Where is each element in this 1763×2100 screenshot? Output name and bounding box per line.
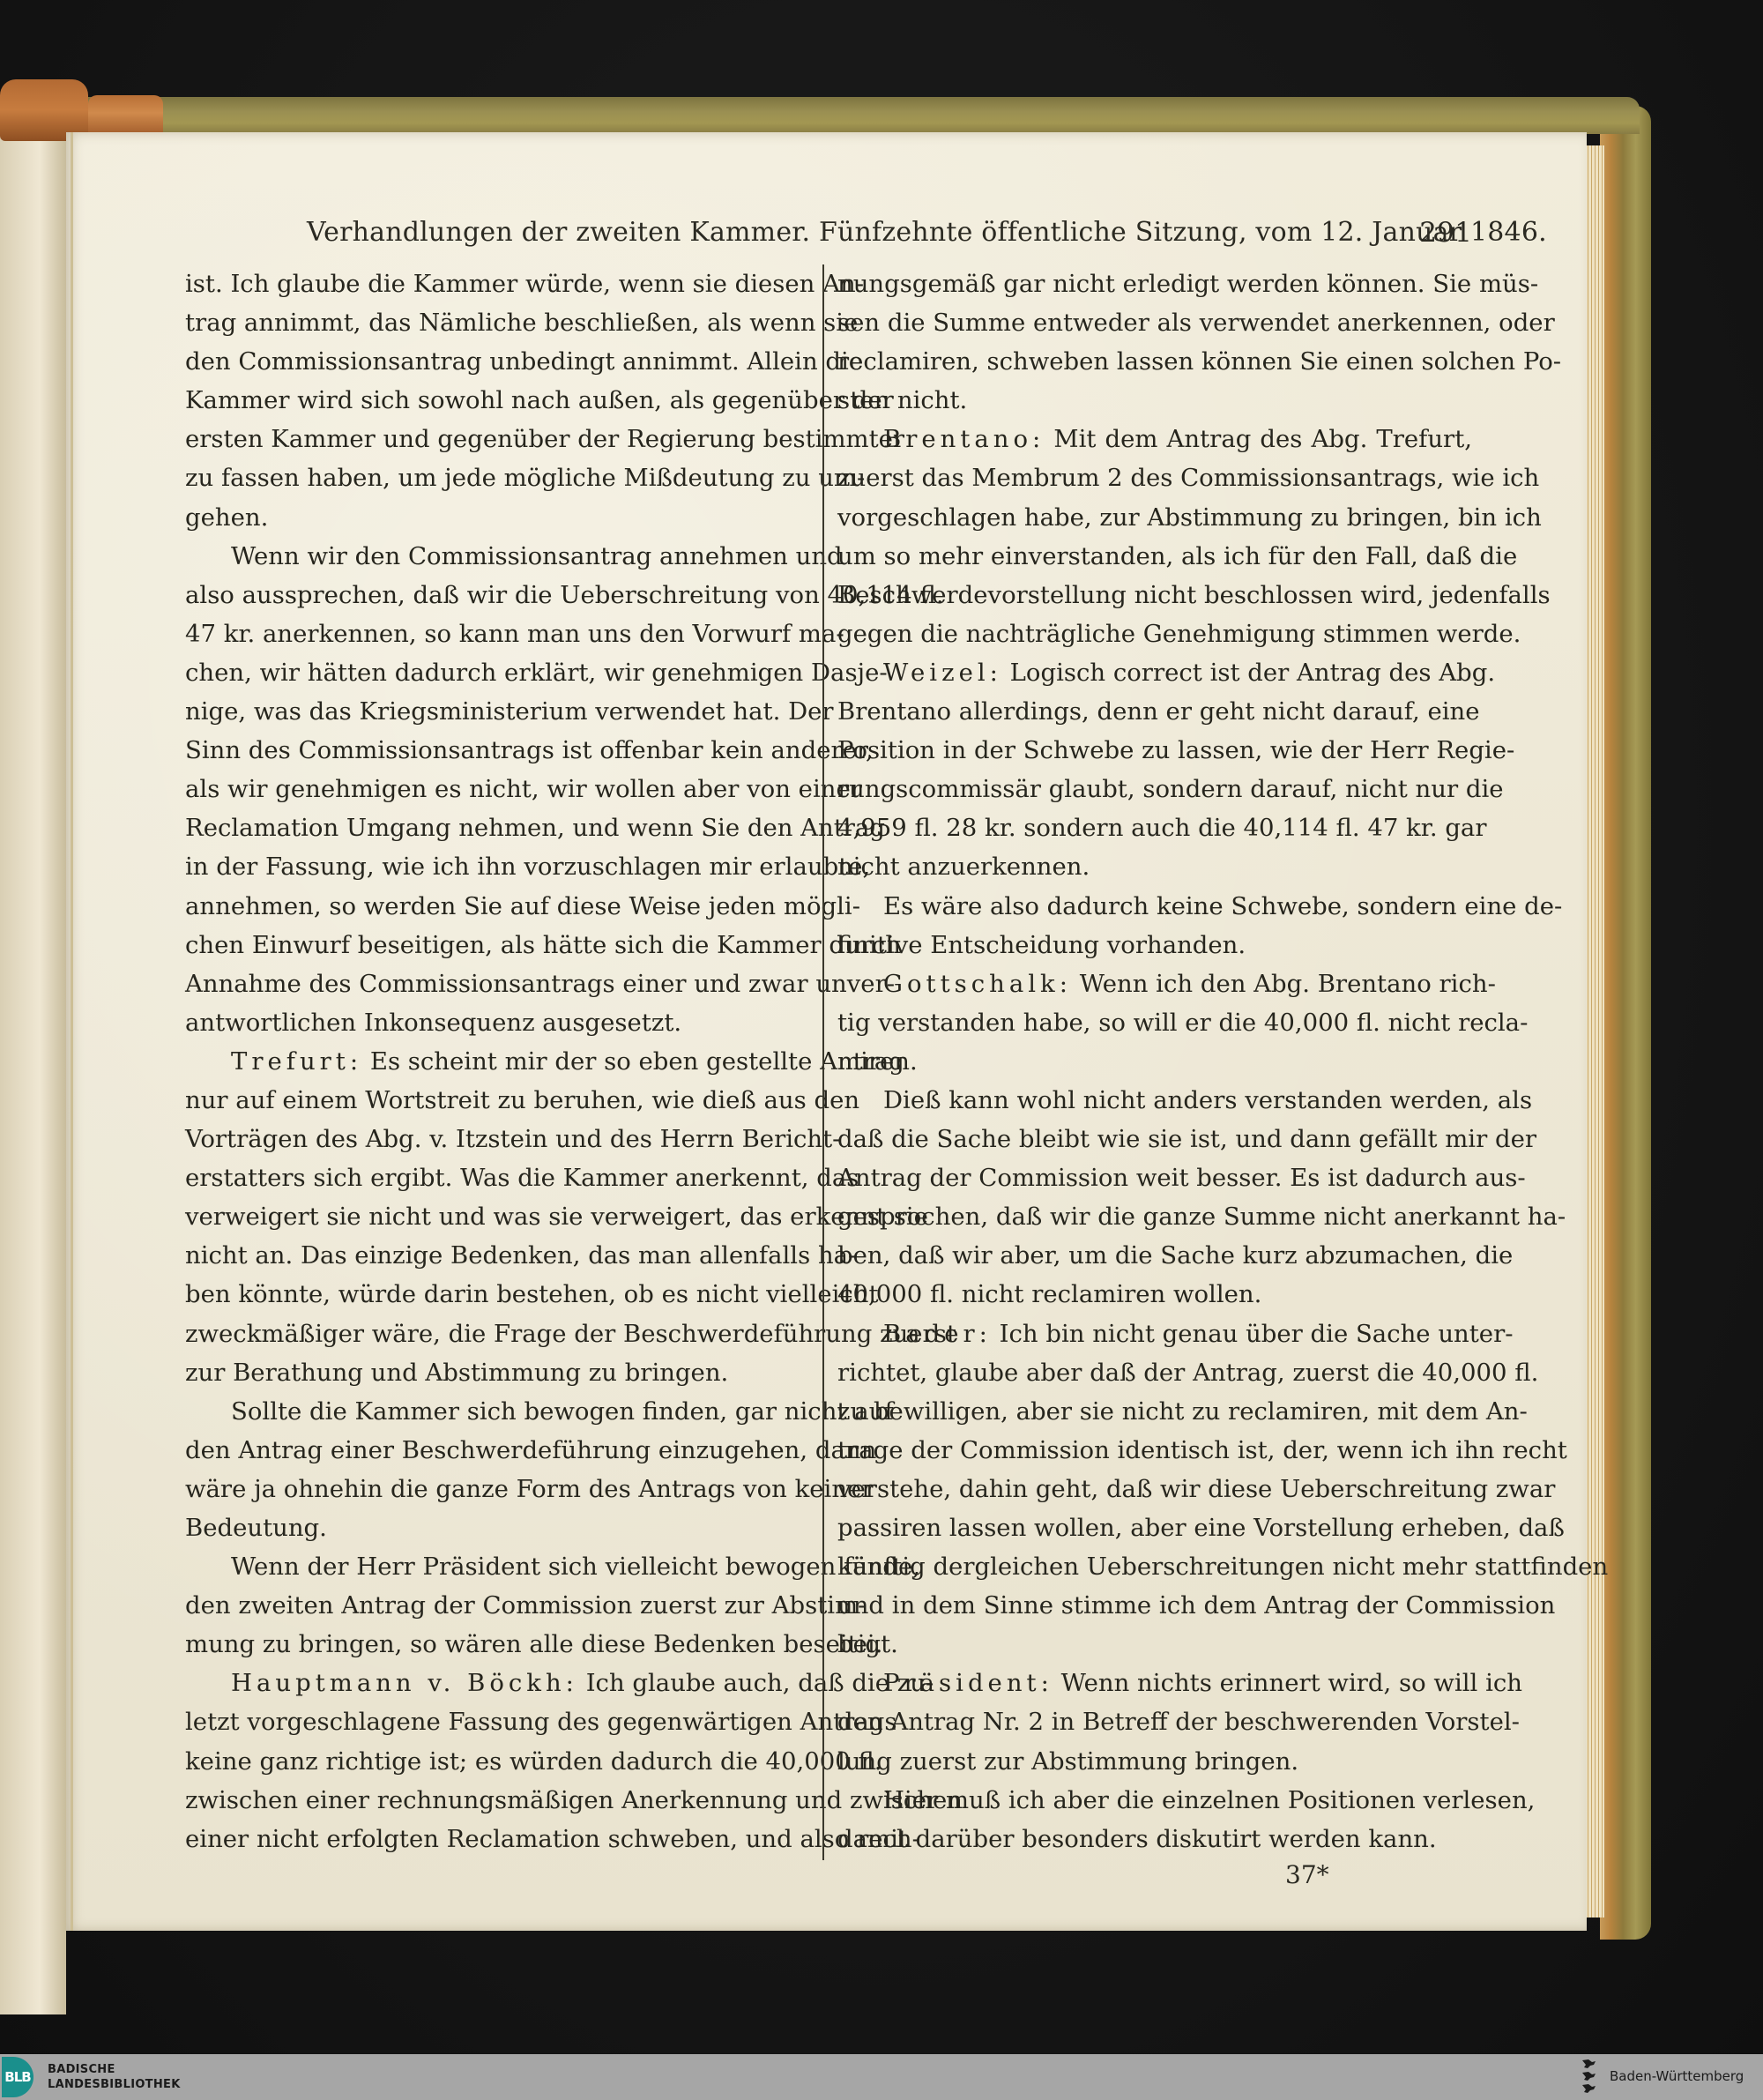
text-line: nicht an. Das einzige Bedenken, das man … — [185, 1236, 811, 1275]
line-text: zu bewilligen, aber sie nicht zu reclami… — [837, 1397, 1528, 1426]
line-text: verweigert sie nicht und was sie verweig… — [185, 1203, 928, 1231]
line-text: ersten Kammer und gegenüber der Regierun… — [185, 425, 904, 453]
line-text: den Antrag einer Beschwerdeführung einzu… — [185, 1436, 876, 1464]
text-line: wäre ja ohnehin die ganze Form des Antra… — [185, 1470, 811, 1508]
text-line: richtet, glaube aber daß der Antrag, zue… — [837, 1353, 1472, 1392]
line-text: Wenn nichts erinnert wird, so will ich — [1053, 1669, 1522, 1697]
text-line: Brentano allerdings, denn er geht nicht … — [837, 692, 1472, 731]
line-text: Wenn wir den Commissionsantrag annehmen … — [231, 542, 843, 570]
line-text: gehen. — [185, 503, 268, 532]
text-line: ist. Ich glaube die Kammer würde, wenn s… — [185, 264, 811, 303]
line-text: verstehe, dahin geht, daß wir diese Uebe… — [837, 1475, 1555, 1503]
running-header: Verhandlungen der zweiten Kammer. Fünfze… — [300, 217, 1472, 252]
text-line: gegen die nachträgliche Genehmigung stim… — [837, 614, 1472, 653]
text-line: einer nicht erfolgten Reclamation schweb… — [185, 1820, 811, 1858]
text-line: Dieß kann wohl nicht anders verstanden w… — [837, 1081, 1472, 1120]
line-text: Position in der Schwebe zu lassen, wie d… — [837, 736, 1514, 764]
text-line: Wenn wir den Commissionsantrag annehmen … — [185, 537, 811, 576]
book-cover-top — [71, 97, 1640, 134]
speaker-name: Bader: — [883, 1320, 992, 1348]
text-line: zuerst das Membrum 2 des Commissionsantr… — [837, 458, 1472, 497]
text-line: nur auf einem Wortstreit zu beruhen, wie… — [185, 1081, 811, 1120]
library-name-line2: LANDESBIBLIOTHEK — [48, 2077, 181, 2092]
text-line: Antrag der Commission weit besser. Es is… — [837, 1158, 1472, 1197]
speaker-name: Gottschalk: — [883, 970, 1072, 998]
line-text: zur Berathung und Abstimmung zu bringen. — [185, 1359, 728, 1387]
text-line: antwortlichen Inkonsequenz ausgesetzt. — [185, 1003, 811, 1042]
line-text: sten nicht. — [837, 386, 967, 414]
text-line: nige, was das Kriegsministerium verwende… — [185, 692, 811, 731]
text-line: also aussprechen, daß wir die Ueberschre… — [185, 576, 811, 614]
text-line: ben, daß wir aber, um die Sache kurz abz… — [837, 1236, 1472, 1275]
library-name[interactable]: BADISCHE LANDESBIBLIOTHEK — [48, 2062, 181, 2092]
text-line: Bader: Ich bin nicht genau über die Sach… — [837, 1314, 1472, 1353]
line-text: und in dem Sinne stimme ich dem Antrag d… — [837, 1591, 1555, 1620]
line-text: Brentano allerdings, denn er geht nicht … — [837, 697, 1480, 726]
page-gutter — [71, 132, 73, 1931]
text-line: künftig dergleichen Ueberschreitungen ni… — [837, 1547, 1472, 1586]
text-line: zur Berathung und Abstimmung zu bringen. — [185, 1353, 811, 1392]
text-line: gehen. — [185, 498, 811, 537]
speaker-name: Hauptmann v. Böckh: — [231, 1669, 578, 1697]
text-line: in der Fassung, wie ich ihn vorzuschlage… — [185, 847, 811, 886]
text-line: zweckmäßiger wäre, die Frage der Beschwe… — [185, 1314, 811, 1353]
line-text: nige, was das Kriegsministerium verwende… — [185, 697, 834, 726]
line-text: Kammer wird sich sowohl nach außen, als … — [185, 386, 894, 414]
text-line: ersten Kammer und gegenüber der Regierun… — [185, 420, 811, 458]
line-text: trag annimmt, das Nämliche beschließen, … — [185, 309, 858, 337]
text-line: zwischen einer rechnungsmäßigen Anerkenn… — [185, 1781, 811, 1820]
speaker-name: Brentano: — [883, 425, 1045, 453]
line-text: ben, daß wir aber, um die Sache kurz abz… — [837, 1241, 1513, 1270]
line-text: tig verstanden habe, so will er die 40,0… — [837, 1009, 1528, 1037]
running-title: Verhandlungen der zweiten Kammer. Fünfze… — [307, 217, 1547, 248]
text-line: verstehe, dahin geht, daß wir diese Uebe… — [837, 1470, 1472, 1508]
text-line: Brentano: Mit dem Antrag des Abg. Trefur… — [837, 420, 1472, 458]
text-line: sten nicht. — [837, 381, 1472, 420]
text-line: Trefurt: Es scheint mir der so eben gest… — [185, 1042, 811, 1081]
line-text: miren. — [837, 1047, 918, 1076]
text-line: trag annimmt, das Nämliche beschließen, … — [185, 303, 811, 342]
line-text: künftig dergleichen Ueberschreitungen ni… — [837, 1553, 1608, 1581]
text-line: passiren lassen wollen, aber eine Vorste… — [837, 1508, 1472, 1547]
text-line: rungscommissär glaubt, sondern darauf, n… — [837, 770, 1472, 808]
line-text: nur auf einem Wortstreit zu beruhen, wie… — [185, 1086, 859, 1114]
line-text: nungsgemäß gar nicht erledigt werden kön… — [837, 270, 1538, 298]
line-text: Reclamation Umgang nehmen, und wenn Sie … — [185, 814, 885, 842]
line-text: passiren lassen wollen, aber eine Vorste… — [837, 1514, 1565, 1542]
line-text: lung zuerst zur Abstimmung bringen. — [837, 1747, 1298, 1776]
line-text: bei. — [837, 1630, 882, 1658]
text-line: als wir genehmigen es nicht, wir wollen … — [185, 770, 811, 808]
line-text: als wir genehmigen es nicht, wir wollen … — [185, 775, 862, 803]
text-line: reclamiren, schweben lassen können Sie e… — [837, 342, 1472, 381]
text-line: daß die Sache bleibt wie sie ist, und da… — [837, 1120, 1472, 1158]
line-text: 47 kr. anerkennen, so kann man uns den V… — [185, 620, 844, 648]
line-text: wäre ja ohnehin die ganze Form des Antra… — [185, 1475, 873, 1503]
line-text: gegen die nachträgliche Genehmigung stim… — [837, 620, 1521, 648]
line-text: den Commissionsantrag unbedingt annimmt.… — [185, 347, 863, 376]
line-text: chen, wir hätten dadurch erklärt, wir ge… — [185, 659, 888, 687]
text-line: nungsgemäß gar nicht erledigt werden kön… — [837, 264, 1472, 303]
text-line: damit darüber besonders diskutirt werden… — [837, 1820, 1472, 1858]
speaker-name: Weizel: — [883, 659, 1002, 687]
text-line: ben könnte, würde darin bestehen, ob es … — [185, 1275, 811, 1314]
text-line: Weizel: Logisch correct ist der Antrag d… — [837, 653, 1472, 692]
text-line: Bedeutung. — [185, 1508, 811, 1547]
text-line: Präsident: Wenn nichts erinnert wird, so… — [837, 1664, 1472, 1702]
text-line: chen Einwurf beseitigen, als hätte sich … — [185, 926, 811, 964]
text-line: Es wäre also dadurch keine Schwebe, sond… — [837, 887, 1472, 926]
line-text: Bedeutung. — [185, 1514, 327, 1542]
text-line: Hauptmann v. Böckh: Ich glaube auch, daß… — [185, 1664, 811, 1702]
line-text: einer nicht erfolgten Reclamation schweb… — [185, 1825, 920, 1853]
line-text: Sinn des Commissionsantrags ist offenbar… — [185, 736, 874, 764]
text-line: 40,000 fl. nicht reclamiren wollen. — [837, 1275, 1472, 1314]
line-text: letzt vorgeschlagene Fassung des gegenwä… — [185, 1708, 896, 1736]
line-text: nicht anzuerkennen. — [837, 853, 1090, 881]
line-text: reclamiren, schweben lassen können Sie e… — [837, 347, 1561, 376]
line-text: erstatters sich ergibt. Was die Kammer a… — [185, 1164, 859, 1192]
text-line: tig verstanden habe, so will er die 40,0… — [837, 1003, 1472, 1042]
text-line: miren. — [837, 1042, 1472, 1081]
text-line: annehmen, so werden Sie auf diese Weise … — [185, 887, 811, 926]
library-name-line1: BADISCHE — [48, 2062, 181, 2077]
line-text: also aussprechen, daß wir die Ueberschre… — [185, 581, 944, 609]
text-line: gesprochen, daß wir die ganze Summe nich… — [837, 1197, 1472, 1236]
text-line: Wenn der Herr Präsident sich vielleicht … — [185, 1547, 811, 1586]
line-text: annehmen, so werden Sie auf diese Weise … — [185, 892, 860, 920]
text-line: Sinn des Commissionsantrags ist offenbar… — [185, 731, 811, 770]
line-text: gesprochen, daß wir die ganze Summe nich… — [837, 1203, 1566, 1231]
text-line: keine ganz richtige ist; es würden dadur… — [185, 1742, 811, 1781]
line-text: nicht an. Das einzige Bedenken, das man … — [185, 1241, 856, 1270]
speaker-name: Präsident: — [883, 1669, 1053, 1697]
text-line: Reclamation Umgang nehmen, und wenn Sie … — [185, 808, 811, 847]
line-text: ben könnte, würde darin bestehen, ob es … — [185, 1280, 879, 1308]
text-line: 4,959 fl. 28 kr. sondern auch die 40,114… — [837, 808, 1472, 847]
footer-bar: BLB BADISCHE LANDESBIBLIOTHEK Baden-Würt… — [0, 2054, 1763, 2100]
line-text: antwortlichen Inkonsequenz ausgesetzt. — [185, 1009, 681, 1037]
text-line: chen, wir hätten dadurch erklärt, wir ge… — [185, 653, 811, 692]
column-divider — [822, 264, 824, 1860]
line-text: trage der Commission identisch ist, der,… — [837, 1436, 1567, 1464]
speaker-name: Trefurt: — [231, 1047, 362, 1076]
text-column-right: nungsgemäß gar nicht erledigt werden kön… — [837, 264, 1472, 1858]
text-line: Position in der Schwebe zu lassen, wie d… — [837, 731, 1472, 770]
three-lions-icon — [1580, 2058, 1601, 2096]
text-line: Annahme des Commissionsantrags einer und… — [185, 964, 811, 1003]
text-line: vorgeschlagen habe, zur Abstimmung zu br… — [837, 498, 1472, 537]
text-line: erstatters sich ergibt. Was die Kammer a… — [185, 1158, 811, 1197]
facing-page-edge — [0, 119, 66, 2014]
line-text: Dieß kann wohl nicht anders verstanden w… — [883, 1086, 1532, 1114]
text-line: 47 kr. anerkennen, so kann man uns den V… — [185, 614, 811, 653]
page-number: 291 — [1419, 217, 1472, 249]
line-text: keine ganz richtige ist; es würden dadur… — [185, 1747, 882, 1776]
line-text: sen die Summe entweder als verwendet ane… — [837, 309, 1555, 337]
text-line: und in dem Sinne stimme ich dem Antrag d… — [837, 1586, 1472, 1625]
text-line: den Antrag Nr. 2 in Betreff der beschwer… — [837, 1702, 1472, 1741]
line-text: Antrag der Commission weit besser. Es is… — [837, 1164, 1526, 1192]
line-text: ist. Ich glaube die Kammer würde, wenn s… — [185, 270, 864, 298]
line-text: Wenn ich den Abg. Brentano rich- — [1072, 970, 1496, 998]
text-line: lung zuerst zur Abstimmung bringen. — [837, 1742, 1472, 1781]
text-line: sen die Summe entweder als verwendet ane… — [837, 303, 1472, 342]
text-line: Vorträgen des Abg. v. Itzstein und des H… — [185, 1120, 811, 1158]
text-line: um so mehr einverstanden, als ich für de… — [837, 537, 1472, 576]
line-text: Beschwerdevorstellung nicht beschlossen … — [837, 581, 1551, 609]
text-line: Hier muß ich aber die einzelnen Position… — [837, 1781, 1472, 1820]
line-text: Logisch correct ist der Antrag des Abg. — [1002, 659, 1495, 687]
line-text: in der Fassung, wie ich ihn vorzuschlage… — [185, 853, 870, 881]
text-line: den zweiten Antrag der Commission zuerst… — [185, 1586, 811, 1625]
line-text: den zweiten Antrag der Commission zuerst… — [185, 1591, 866, 1620]
line-text: Es wäre also dadurch keine Schwebe, sond… — [883, 892, 1562, 920]
line-text: Sollte die Kammer sich bewogen finden, g… — [231, 1397, 894, 1426]
text-line: trage der Commission identisch ist, der,… — [837, 1431, 1472, 1470]
text-line: den Commissionsantrag unbedingt annimmt.… — [185, 342, 811, 381]
line-text: Wenn der Herr Präsident sich vielleicht … — [231, 1553, 920, 1581]
text-line: Kammer wird sich sowohl nach außen, als … — [185, 381, 811, 420]
text-line: nicht anzuerkennen. — [837, 847, 1472, 886]
line-text: 40,000 fl. nicht reclamiren wollen. — [837, 1280, 1261, 1308]
line-text: zu fassen haben, um jede mögliche Mißdeu… — [185, 464, 865, 492]
line-text: Ich bin nicht genau über die Sache unter… — [992, 1320, 1514, 1348]
book-cover-edge — [1600, 106, 1651, 1940]
text-line: verweigert sie nicht und was sie verweig… — [185, 1197, 811, 1236]
line-text: richtet, glaube aber daß der Antrag, zue… — [837, 1359, 1538, 1387]
line-text: den Antrag Nr. 2 in Betreff der beschwer… — [837, 1708, 1520, 1736]
line-text: vorgeschlagen habe, zur Abstimmung zu br… — [837, 503, 1542, 532]
text-line: Beschwerdevorstellung nicht beschlossen … — [837, 576, 1472, 614]
line-text: mung zu bringen, so wären alle diese Bed… — [185, 1630, 898, 1658]
state-name[interactable]: Baden-Württemberg — [1610, 2068, 1744, 2084]
text-line: letzt vorgeschlagene Fassung des gegenwä… — [185, 1702, 811, 1741]
line-text: chen Einwurf beseitigen, als hätte sich … — [185, 931, 901, 959]
line-text: Mit dem Antrag des Abg. Trefurt, — [1045, 425, 1472, 453]
line-text: Vorträgen des Abg. v. Itzstein und des H… — [185, 1125, 840, 1153]
line-text: rungscommissär glaubt, sondern darauf, n… — [837, 775, 1504, 803]
signature-mark: 37* — [1285, 1860, 1329, 1889]
line-text: daß die Sache bleibt wie sie ist, und da… — [837, 1125, 1536, 1153]
text-line: mung zu bringen, so wären alle diese Bed… — [185, 1625, 811, 1664]
line-text: Hier muß ich aber die einzelnen Position… — [883, 1786, 1535, 1814]
line-text: zuerst das Membrum 2 des Commissionsantr… — [837, 464, 1539, 492]
text-line: Gottschalk: Wenn ich den Abg. Brentano r… — [837, 964, 1472, 1003]
text-line: finitive Entscheidung vorhanden. — [837, 926, 1472, 964]
text-line: bei. — [837, 1625, 1472, 1664]
line-text: damit darüber besonders diskutirt werden… — [837, 1825, 1437, 1853]
blb-logo-icon[interactable]: BLB — [2, 2057, 33, 2097]
line-text: Annahme des Commissionsantrags einer und… — [185, 970, 895, 998]
text-line: den Antrag einer Beschwerdeführung einzu… — [185, 1431, 811, 1470]
line-text: 4,959 fl. 28 kr. sondern auch die 40,114… — [837, 814, 1486, 842]
line-text: finitive Entscheidung vorhanden. — [837, 931, 1246, 959]
text-line: Sollte die Kammer sich bewogen finden, g… — [185, 1392, 811, 1431]
text-line: zu fassen haben, um jede mögliche Mißdeu… — [185, 458, 811, 497]
text-line: zu bewilligen, aber sie nicht zu reclami… — [837, 1392, 1472, 1431]
line-text: um so mehr einverstanden, als ich für de… — [837, 542, 1517, 570]
text-column-left: ist. Ich glaube die Kammer würde, wenn s… — [185, 264, 811, 1858]
